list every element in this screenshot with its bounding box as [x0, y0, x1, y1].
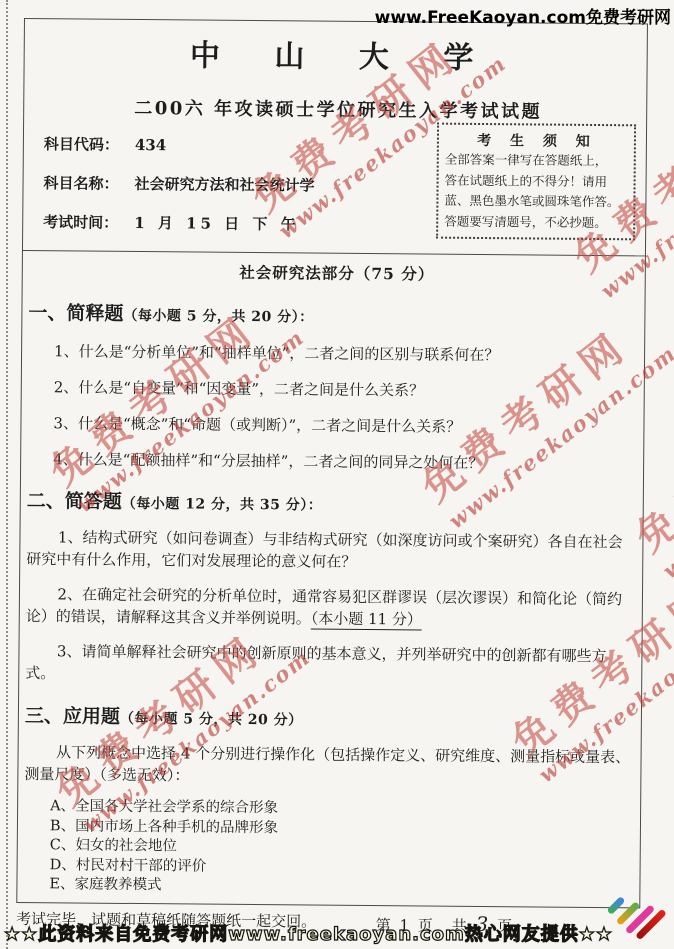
candidate-notice-box: 考 生 须 知 全部答案一律写在答题纸上， 答在试题纸上的不得分！请用 蓝、黑色… — [436, 123, 636, 241]
subject-name-value: 社会研究方法和社会统计学 — [134, 175, 314, 195]
part-title: 社会研究法部分（75 分） — [29, 259, 645, 286]
section-1-heading: 一、简释题（每小题 5 分，共 20 分）： — [28, 298, 644, 330]
question-item: 3、什么是“概念”和“命题（或判断）”，二者之间是什么关系？ — [27, 412, 643, 438]
question-item: 1、什么是“分析单位”和“抽样单位”，二者之间的区别与联系何在？ — [28, 340, 644, 366]
question-text: 3、请简单解释社会研究中的创新原则的基本意义，并列举研究中的创新都有哪些方式。 — [25, 642, 606, 681]
scanned-sheet: 中 山 大 学 二00六 年攻读硕士学位研究生入学考试试题 科目代码：434 科… — [16, 18, 652, 937]
watermark-en-text: www.freekaoyan.com — [658, 390, 674, 583]
notice-line: 全部答案一律写在答题纸上， — [445, 150, 629, 172]
subject-code-value: 434 — [135, 136, 166, 154]
section-3-heading-text: 三、应用题 — [25, 705, 120, 728]
section-2-heading-text: 二、简答题 — [27, 490, 122, 513]
scanned-exam-page: { "site": { "header": "www.FreeKaoyan.co… — [0, 0, 674, 949]
freekaoyan-stripes-logo — [604, 887, 666, 945]
question-item: 3、请简单解释社会研究中的创新原则的基本意义，并列举研究中的创新都有哪些方式。 — [25, 641, 633, 689]
section-1-heading-text: 一、简释题 — [28, 302, 123, 325]
question-item: 2、在确定社会研究的分析单位时，通常容易犯区群谬误（层次谬误）和简化论（简约论）… — [26, 584, 634, 632]
section-1-note: （每小题 5 分，共 20 分）： — [123, 308, 313, 326]
question-text: 1、结构式研究（如问卷调查）与非结构式研究（如深度访问或个案研究）各自在社会研究… — [26, 528, 622, 570]
question-item: 1、结构式研究（如问卷调查）与非结构式研究（如深度访问或个案研究）各自在社会研究… — [26, 527, 634, 575]
notice-line: 蓝、黑色墨水笔或圆珠笔作答。 — [444, 191, 628, 213]
section-2-note: （每小题 12 分，共 35 分）： — [122, 496, 323, 514]
notice-line: 答题要写清题号，不必抄题。 — [444, 211, 628, 233]
question-item: 4、什么是“配额抽样”和“分层抽样”，二者之间的同异之处何在？ — [27, 448, 643, 474]
question-item: 2、什么是“自变量”和“因变量”，二者之间是什么关系？ — [28, 376, 644, 402]
paper-border-box: 中 山 大 学 二00六 年攻读硕士学位研究生入学考试试题 科目代码：434 科… — [16, 18, 648, 908]
exam-session-title: 二00六 年攻读硕士学位研究生入学考试试题 — [30, 93, 646, 124]
operationalization-intro: 从下列概念中选择 4 个分别进行操作化（包括操作定义、研究维度、测量指标或量表、… — [24, 742, 632, 790]
notice-title: 考 生 须 知 — [445, 130, 629, 152]
section-3-note: （每小题 5 分，共 20 分） — [120, 711, 303, 729]
section-3-heading: 三、应用题（每小题 5 分，共 20 分） — [25, 701, 641, 733]
site-header: www.FreeKaoyan.com免费考研网 — [375, 3, 671, 28]
bottom-banner: ★★此资料来自免费考研网www.freekaoyan.com热心网友提供★★ — [4, 920, 613, 946]
subject-name-label: 科目名称： — [43, 174, 118, 193]
exam-meta: 科目代码：434 科目名称：社会研究方法和社会统计学 考试时间：1 月 15 日… — [43, 133, 646, 242]
header-divider — [23, 250, 645, 256]
exam-time-label: 考试时间： — [43, 213, 118, 232]
exam-time-value: 1 月 15 日 下 午 — [134, 214, 300, 233]
subject-code-label: 科目代码： — [44, 135, 119, 154]
section-2-heading: 二、简答题（每小题 12 分，共 35 分）： — [27, 486, 643, 518]
university-title: 中 山 大 学 — [31, 29, 647, 78]
page-edge-dotted-line — [6, 0, 8, 949]
concept-option-list: A、全国各大学社会学系的综合形象 B、国内市场上各种手机的品牌形象 C、妇女的社… — [23, 797, 640, 900]
question-points-underlined: （本小题 11 分） — [311, 609, 422, 630]
notice-line: 答在试题纸上的不得分！请用 — [445, 170, 629, 192]
option-item: E、家庭教养模式 — [49, 875, 639, 900]
